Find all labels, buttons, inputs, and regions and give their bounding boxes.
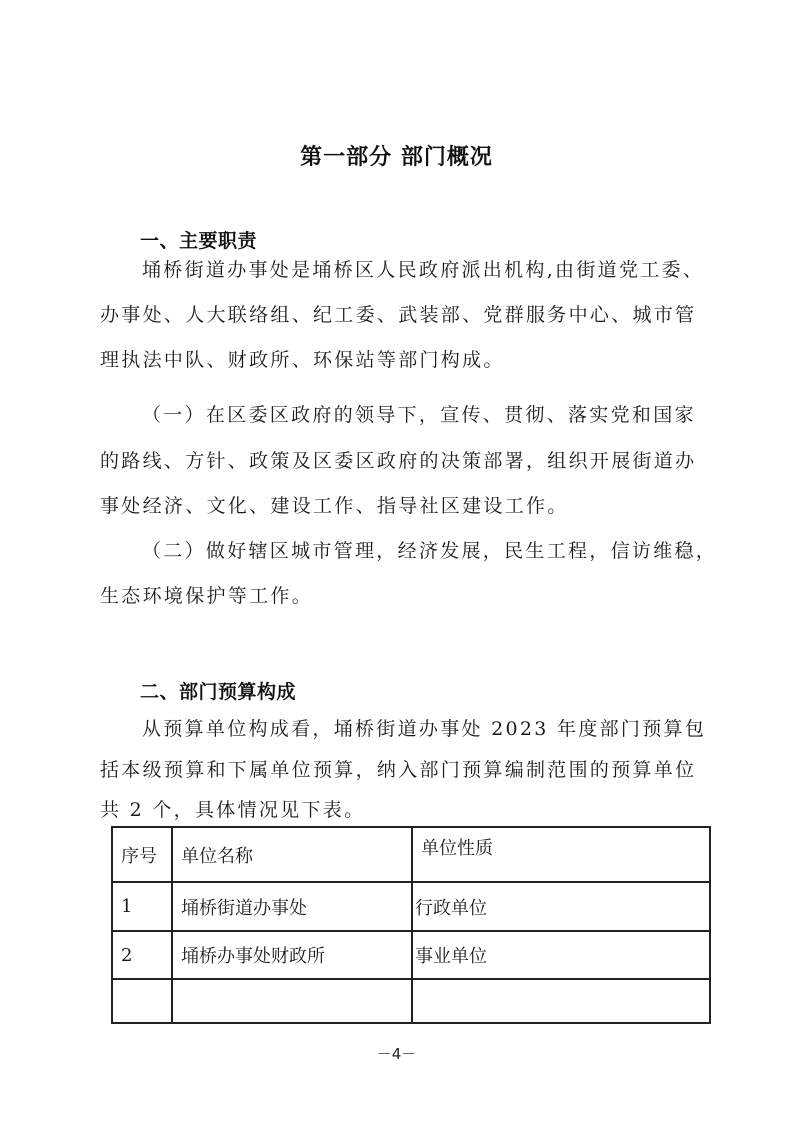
- header-cell-unit-name: 单位名称: [172, 827, 412, 882]
- paragraph-line: 从预算单位构成看，埇桥街道办事处 2023 年度部门预算包: [142, 717, 708, 741]
- paragraph-line: 括本级预算和下属单位预算，纳入部门预算编制范围的预算单位: [100, 758, 706, 782]
- paragraph-line: 事处经济、文化、建设工作、指导社区建设工作。: [100, 494, 706, 518]
- table-row: 2 埇桥办事处财政所 事业单位: [112, 931, 710, 979]
- paragraph-line: 生态环境保护等工作。: [100, 584, 706, 608]
- section-heading-budget-composition: 二、部门预算构成: [140, 677, 296, 704]
- page-number: －4－: [0, 1043, 793, 1064]
- section-heading-responsibilities: 一、主要职责: [140, 226, 257, 253]
- cell-unit-name: [172, 979, 412, 1023]
- cell-unit-name: 埇桥街道办事处: [172, 882, 412, 931]
- paragraph-line: 理执法中队、财政所、环保站等部门构成。: [100, 348, 706, 372]
- cell-index: 1: [112, 882, 172, 931]
- table-header-row: 序号 单位名称 单位性质: [112, 827, 710, 882]
- cell-unit-type: [412, 979, 710, 1023]
- cell-unit-type: 事业单位: [412, 931, 710, 979]
- paragraph-line: 办事处、人大联络组、纪工委、武装部、党群服务中心、城市管: [100, 303, 706, 327]
- paragraph-line: 共 2 个，具体情况见下表。: [100, 798, 706, 822]
- part-title: 第一部分 部门概况: [0, 140, 793, 171]
- paragraph-line: 埇桥街道办事处是埇桥区人民政府派出机构,由街道党工委、: [142, 258, 708, 282]
- paragraph-line: 的路线、方针、政策及区委区政府的决策部署，组织开展街道办: [100, 449, 706, 473]
- paragraph-line: （二）做好辖区城市管理，经济发展，民生工程，信访维稳，: [142, 539, 708, 563]
- document-page: 第一部分 部门概况 一、主要职责 埇桥街道办事处是埇桥区人民政府派出机构,由街道…: [0, 0, 793, 1122]
- cell-unit-name: 埇桥办事处财政所: [172, 931, 412, 979]
- cell-index: 2: [112, 931, 172, 979]
- cell-unit-type: 行政单位: [412, 882, 710, 931]
- header-cell-unit-type: 单位性质: [412, 827, 710, 882]
- table-row-empty: [112, 979, 710, 1023]
- header-cell-index: 序号: [112, 827, 172, 882]
- table-row: 1 埇桥街道办事处 行政单位: [112, 882, 710, 931]
- paragraph-line: （一）在区委区政府的领导下，宣传、贯彻、落实党和国家: [142, 403, 708, 427]
- cell-index: [112, 979, 172, 1023]
- budget-units-table: 序号 单位名称 单位性质 1 埇桥街道办事处 行政单位 2 埇桥办事处财政所 事…: [111, 826, 711, 1024]
